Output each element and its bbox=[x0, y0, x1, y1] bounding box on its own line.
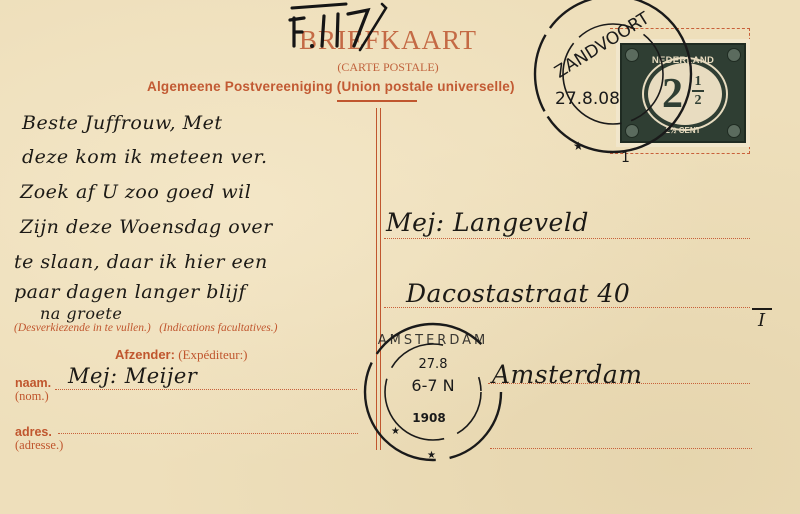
address-label-french: (adresse.) bbox=[15, 438, 63, 452]
recipient-floor-mark: I bbox=[752, 308, 772, 331]
message-line: te slaan, daar ik hier een bbox=[14, 251, 268, 273]
svg-text:27.8.08: 27.8.08 bbox=[555, 89, 620, 109]
recipient-street[interactable]: Dacostastraat 40 bbox=[406, 279, 630, 308]
name-label-dutch: naam. bbox=[15, 376, 51, 390]
sender-name-value[interactable]: Mej: Meijer bbox=[68, 364, 197, 388]
note-french: (Indications facultatives.) bbox=[159, 322, 277, 334]
sender-address-line bbox=[58, 433, 358, 434]
svg-text:AMSTERDAM: AMSTERDAM bbox=[378, 333, 488, 348]
svg-text:F. 117: F. 117 bbox=[282, 1, 285, 3]
sender-heading-french: (Expéditeur:) bbox=[178, 347, 247, 362]
handwritten-reference-mark: F. 117 bbox=[282, 2, 402, 72]
svg-text:ZANDVOORT: ZANDVOORT bbox=[551, 8, 654, 82]
sender-heading-dutch: Afzender: bbox=[115, 347, 175, 362]
svg-text:★: ★ bbox=[427, 450, 436, 461]
note-dutch: (Desverkiezende in te vullen.) bbox=[14, 322, 151, 334]
svg-text:6-7 N: 6-7 N bbox=[411, 376, 454, 395]
sender-name-line bbox=[55, 389, 357, 390]
name-label-french: (nom.) bbox=[15, 389, 49, 403]
postcard: BRIEFKAART (CARTE POSTALE) Algemeene Pos… bbox=[0, 0, 800, 514]
svg-text:★: ★ bbox=[573, 139, 584, 153]
message-line: deze kom ik meteen ver. bbox=[22, 146, 268, 168]
svg-text:27.8: 27.8 bbox=[419, 357, 448, 372]
message-line: Beste Juffrouw, Met bbox=[22, 112, 222, 134]
header-underline bbox=[337, 100, 417, 102]
address-label-dutch: adres. bbox=[15, 425, 52, 439]
address-line-4 bbox=[490, 448, 752, 449]
message-line: Zoek af U zoo goed wil bbox=[20, 181, 251, 203]
svg-text:★: ★ bbox=[391, 426, 400, 437]
optional-fields-note: (Desverkiezende in te vullen.) (Indicati… bbox=[14, 322, 277, 334]
recipient-name[interactable]: Mej: Langeveld bbox=[386, 208, 589, 237]
svg-text:1: 1 bbox=[621, 150, 630, 166]
sender-address-label: adres. (adresse.) bbox=[15, 426, 63, 452]
svg-text:1908: 1908 bbox=[412, 411, 445, 425]
sender-name-label: naam. (nom.) bbox=[15, 377, 51, 403]
message-line: Zijn deze Woensdag over bbox=[20, 216, 273, 238]
message-line: na groete bbox=[40, 304, 122, 323]
message-line: paar dagen langer blijf bbox=[14, 281, 246, 303]
sender-heading: Afzender: (Expéditeur:) bbox=[115, 347, 248, 363]
address-line-1 bbox=[384, 238, 750, 239]
